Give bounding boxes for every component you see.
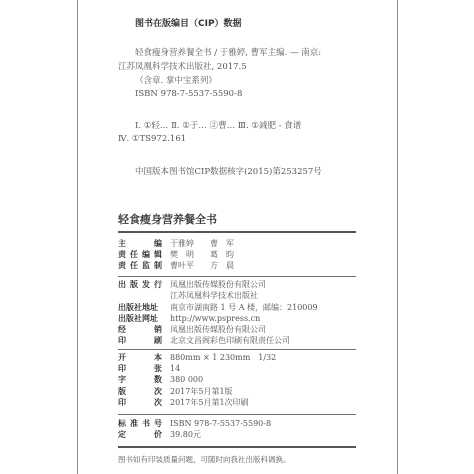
label-char: 标 [118,418,126,429]
row-label: 印刷 [118,335,162,346]
label-char: 张 [154,363,162,374]
row-value: 南京市湖南路 1 号 A 楼，邮编：210009 [170,302,318,313]
row-value: 凤凰出版传媒股份有限公司 [170,324,266,335]
cip-classification-1: Ⅰ. ①轻… Ⅱ. ①于… ②曹… Ⅲ. ①减肥 - 食谱 [135,119,301,131]
label-char: 辑 [154,249,162,260]
label-char: 发 [142,279,150,290]
cip-line-2: 江苏凤凰科学技术出版社, 2017.5 [118,60,247,72]
row-label: 出版社地址 [118,302,162,313]
label-char: 号 [154,418,162,429]
cip-line-1: 轻食瘦身营养餐全书 / 于雅婷, 曹军主编. — 南京: [135,46,321,58]
label-char: 出 [118,279,126,290]
row-value: http://www.pspress.cn [170,313,260,324]
row-value: 北京文昌阁彩色印刷有限责任公司 [170,335,290,346]
label-char: 刷 [154,335,162,346]
quality-notice: 图书如有印装质量问题，可随时向我社出版科调换。 [118,454,291,465]
label-char: 经 [118,324,126,335]
label-char: 书 [142,418,150,429]
label-char: 编 [154,238,162,249]
label-char: 编 [142,249,150,260]
row-label: 责任编辑 [118,249,162,260]
row-label: 出版社网址 [118,313,162,324]
row-value: 880mm × 1 230mm 1/32 [170,352,276,363]
label-char: 行 [154,279,162,290]
cip-heading: 图书在版编目（CIP）数据 [135,16,242,29]
label-char: 版 [118,386,126,397]
divider-bottom [118,446,356,448]
page-right-edge [397,0,398,474]
section-divider [118,349,356,350]
label-char: 主 [118,238,126,249]
label-char: 字 [118,374,126,385]
row-label: 字数 [118,374,162,385]
label-char: 任 [130,260,138,271]
page-left-edge [77,0,78,474]
label-char: 出版社网址 [118,313,158,324]
row-value: 樊 明 葛 昀 [170,249,234,260]
cip-line-3: （含章. 掌中宝系列） [135,74,217,86]
label-char: 价 [154,429,162,440]
row-value: 2017年5月第1版 [170,386,233,397]
label-char: 次 [154,386,162,397]
row-value: 39.80元 [170,429,201,440]
label-char: 任 [130,249,138,260]
row-value: 14 [170,363,180,374]
label-char: 版 [130,279,138,290]
row-label: 印次 [118,397,162,408]
row-label: 出版发行 [118,279,162,290]
label-char: 印 [118,363,126,374]
label-char: 准 [130,418,138,429]
label-char: 数 [154,374,162,385]
row-value: 曹叶平 方 晨 [170,260,234,271]
label-char: 监 [142,260,150,271]
section-divider [118,414,356,415]
label-char: 制 [154,260,162,271]
label-char: 印 [118,335,126,346]
section-divider [118,276,356,277]
row-value: 于雅婷 曹 军 [170,238,234,249]
label-char: 责 [118,249,126,260]
cip-verification: 中国版本图书馆CIP数据核字(2015)第253257号 [135,165,322,177]
label-char: 定 [118,429,126,440]
label-char: 本 [154,352,162,363]
divider-1 [118,231,356,233]
row-value: 江苏凤凰科学技术出版社 [170,290,258,301]
row-label: 印张 [118,363,162,374]
label-char: 印 [118,397,126,408]
cip-classification-2: Ⅳ. ①TS972.161 [118,134,186,144]
label-char: 责 [118,260,126,271]
row-value: 2017年5月第1次印刷 [170,397,249,408]
row-label: 定价 [118,429,162,440]
row-label: 版次 [118,386,162,397]
row-value: 380 000 [170,374,203,385]
row-value: 凤凰出版传媒股份有限公司 [170,279,266,290]
row-label: 开本 [118,352,162,363]
cip-isbn: ISBN 978-7-5537-5590-8 [135,89,242,99]
row-label: 经销 [118,324,162,335]
label-char: 出版社地址 [118,302,158,313]
row-value: ISBN 978-7-5537-5590-8 [170,418,271,429]
label-char: 次 [154,397,162,408]
label-char: 开 [118,352,126,363]
book-title: 轻食瘦身营养餐全书 [118,211,217,227]
row-label: 主编 [118,238,162,249]
row-label: 标准书号 [118,418,162,429]
label-char: 销 [154,324,162,335]
row-label: 责任监制 [118,260,162,271]
